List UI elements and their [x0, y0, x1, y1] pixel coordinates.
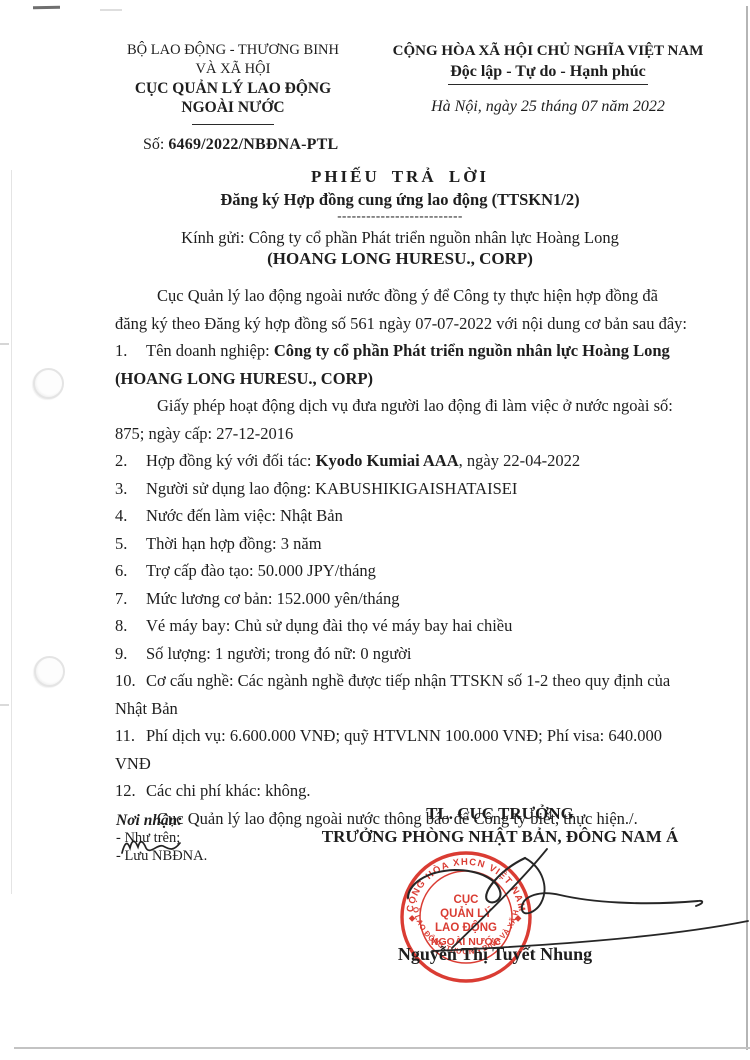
item-text: Vé máy bay: Chủ sử dụng đài thọ vé máy b… [146, 616, 512, 635]
item-number: 12. [115, 777, 146, 805]
item-text: Các chi phí khác: không. [146, 781, 311, 800]
item-text: Tên doanh nghiệp: [146, 341, 274, 360]
scan-edge-right [746, 6, 748, 1050]
title-separator: -------------------------- [110, 210, 690, 222]
list-item-7: 7.Mức lương cơ bản: 152.000 yên/tháng [115, 585, 689, 613]
national-motto: Độc lập - Tự do - Hạnh phúc [448, 62, 648, 85]
item-text: Cơ cấu nghề: Các ngành nghề được tiếp nh… [115, 671, 670, 718]
recipients-block: Nơi nhận: - Như trên; - Lưu NBĐNA. [116, 812, 207, 865]
list-item-1: 1.Tên doanh nghiệp: Công ty cổ phần Phát… [115, 337, 689, 392]
issuing-agency-block: BỘ LAO ĐỘNG - THƯƠNG BINH VÀ XÃ HỘI CỤC … [88, 41, 378, 125]
issuer-line-2: VÀ XÃ HỘI [88, 60, 378, 79]
item-text: Hợp đồng ký với đối tác: [146, 451, 316, 470]
item-number: 5. [115, 530, 146, 558]
item-bold-text: Kyodo Kumiai AAA [316, 451, 459, 470]
intro-paragraph: Cục Quản lý lao động ngoài nước đồng ý đ… [115, 282, 689, 337]
document-number: Số: 6469/2022/NBĐNA-PTL [143, 136, 338, 154]
item-text: Mức lương cơ bản: 152.000 yên/tháng [146, 589, 399, 608]
list-item-11: 11.Phí dịch vụ: 6.600.000 VNĐ; quỹ HTVLN… [115, 722, 689, 777]
salutation-line: Kính gửi: Công ty cổ phần Phát triển ngu… [110, 228, 690, 248]
recipient-line-1: - Như trên; [116, 830, 207, 848]
official-red-stamp: CỘNG HÒA XHCN VIỆT NAM BỘ LAO ĐỘNG-THƯƠN… [396, 847, 536, 987]
list-item-8: 8.Vé máy bay: Chủ sử dụng đài thọ vé máy… [115, 612, 689, 640]
item-number: 3. [115, 475, 146, 503]
signer-title-block: TL. CỤC TRƯỞNG TRƯỞNG PHÒNG NHẬT BẢN, ĐÔ… [305, 804, 695, 847]
scan-edge-bottom [14, 1047, 750, 1049]
document-body: Cục Quản lý lao động ngoài nước đồng ý đ… [115, 282, 689, 863]
item-number: 10. [115, 667, 146, 695]
national-name: CỘNG HÒA XÃ HỘI CHỦ NGHĨA VIỆT NAM [368, 42, 728, 60]
place-date: Hà Nội, ngày 25 tháng 07 năm 2022 [368, 98, 728, 116]
punch-hole-bottom [34, 656, 65, 687]
scanned-document-page: BỘ LAO ĐỘNG - THƯƠNG BINH VÀ XÃ HỘI CỤC … [0, 0, 750, 1060]
scan-tick-2 [0, 704, 9, 706]
issuer-line-3: CỤC QUẢN LÝ LAO ĐỘNG [88, 79, 378, 98]
item-number: 2. [115, 447, 146, 475]
item-number: 9. [115, 640, 146, 668]
stamp-diamond-left: ◆ [408, 914, 416, 923]
scan-edge-left [11, 170, 12, 894]
signer-title-authority: TL. CỤC TRƯỞNG [305, 804, 695, 824]
recipients-label: Nơi nhận: [116, 812, 207, 830]
issuer-line-4: NGOÀI NƯỚC [88, 98, 378, 117]
list-item-12: 12.Các chi phí khác: không. [115, 777, 689, 805]
item-text-after: , ngày 22-04-2022 [459, 451, 580, 470]
stamp-center-line-1: CỤC [454, 894, 479, 906]
salutation-company: (HOANG LONG HURESU., CORP) [110, 249, 690, 269]
scan-mark-top-2 [100, 9, 122, 11]
signer-title-department: TRƯỞNG PHÒNG NHẬT BẢN, ĐÔNG NAM Á [305, 827, 695, 847]
item-number: 7. [115, 585, 146, 613]
issuer-line-1: BỘ LAO ĐỘNG - THƯƠNG BINH [88, 41, 378, 60]
national-header-block: CỘNG HÒA XÃ HỘI CHỦ NGHĨA VIỆT NAM Độc l… [368, 42, 728, 116]
item-text: Nước đến làm việc: Nhật Bản [146, 506, 343, 525]
item-text: Thời hạn hợp đồng: 3 năm [146, 534, 322, 553]
scan-tick-1 [0, 343, 9, 345]
punch-hole-top [33, 368, 64, 399]
document-number-value: 6469/2022/NBĐNA-PTL [168, 136, 338, 153]
scan-mark-top [33, 6, 60, 9]
list-item-6: 6.Trợ cấp đào tạo: 50.000 JPY/tháng [115, 557, 689, 585]
item-text: Trợ cấp đào tạo: 50.000 JPY/tháng [146, 561, 376, 580]
item-number: 4. [115, 502, 146, 530]
list-item-3: 3.Người sử dụng lao động: KABUSHIKIGAISH… [115, 475, 689, 503]
document-title: PHIẾU TRẢ LỜI [110, 167, 690, 187]
stamp-center-line-3: LAO ĐỘNG [435, 921, 497, 934]
list-item-5: 5.Thời hạn hợp đồng: 3 năm [115, 530, 689, 558]
license-note: Giấy phép hoạt động dịch vụ đưa người la… [115, 392, 689, 447]
document-number-label: Số: [143, 136, 168, 153]
item-number: 11. [115, 722, 146, 750]
document-subtitle: Đăng ký Hợp đồng cung ứng lao động (TTSK… [110, 190, 690, 210]
issuer-underline [192, 124, 274, 125]
stamp-center-line-2: QUẢN LÝ [440, 907, 492, 920]
item-text: Phí dịch vụ: 6.600.000 VNĐ; quỹ HTVLNN 1… [115, 726, 662, 773]
list-item-10: 10.Cơ cấu nghề: Các ngành nghề được tiếp… [115, 667, 689, 722]
list-item-9: 9.Số lượng: 1 người; trong đó nữ: 0 ngườ… [115, 640, 689, 668]
item-number: 8. [115, 612, 146, 640]
signer-name: Nguyễn Thị Tuyết Nhung [340, 944, 650, 965]
item-number: 6. [115, 557, 146, 585]
title-block: PHIẾU TRẢ LỜI Đăng ký Hợp đồng cung ứng … [110, 167, 690, 269]
item-text: Số lượng: 1 người; trong đó nữ: 0 người [146, 644, 411, 663]
stamp-diamond-right: ◆ [514, 914, 522, 923]
recipient-line-2: - Lưu NBĐNA. [116, 848, 207, 866]
list-item-4: 4.Nước đến làm việc: Nhật Bản [115, 502, 689, 530]
list-item-2: 2.Hợp đồng ký với đối tác: Kyodo Kumiai … [115, 447, 689, 475]
item-number: 1. [115, 337, 146, 365]
item-text: Người sử dụng lao động: KABUSHIKIGAISHAT… [146, 479, 517, 498]
